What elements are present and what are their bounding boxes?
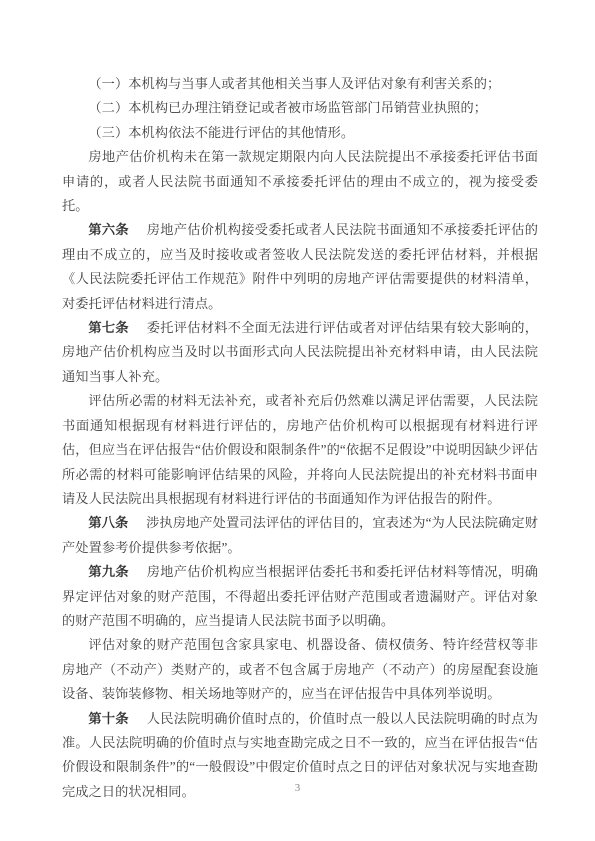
article-number-label: 第六条 xyxy=(88,222,129,237)
page-number: 3 xyxy=(0,782,595,795)
document-page: （一）本机构与当事人或者其他相关当事人及评估对象有利害关系的；（二）本机构已办理… xyxy=(0,0,595,841)
article-paragraph: 第七条委托评估材料不全面无法进行评估或者对评估结果有较大影响的，房地产估价机构应… xyxy=(62,316,538,389)
article-paragraph: 第八条涉执房地产处置司法评估的评估目的，宜表述为“为人民法院确定财产处置参考价提… xyxy=(62,511,538,560)
document-body: （一）本机构与当事人或者其他相关当事人及评估对象有利害关系的；（二）本机构已办理… xyxy=(62,72,538,804)
paragraph: （一）本机构与当事人或者其他相关当事人及评估对象有利害关系的； xyxy=(62,72,538,96)
article-number-label: 第九条 xyxy=(88,564,129,579)
paragraph: （二）本机构已办理注销登记或者被市场监管部门吊销营业执照的； xyxy=(62,96,538,120)
paragraph: 评估对象的财产范围包含家具家电、机器设备、债权债务、特许经营权等非房地产（不动产… xyxy=(62,633,538,706)
article-number-label: 第七条 xyxy=(88,320,129,335)
article-paragraph: 第六条房地产估价机构接受委托或者人民法院书面通知不承接委托评估的理由不成立的，应… xyxy=(62,218,538,316)
article-paragraph: 第九条房地产估价机构应当根据评估委托书和委托评估材料等情况，明确界定评估对象的财… xyxy=(62,560,538,633)
paragraph: 房地产估价机构未在第一款规定期限内向人民法院提出不承接委托评估书面申请的，或者人… xyxy=(62,145,538,218)
paragraph: （三）本机构依法不能进行评估的其他情形。 xyxy=(62,121,538,145)
article-number-label: 第八条 xyxy=(88,515,128,530)
paragraph: 评估所必需的材料无法补充，或者补充后仍然难以满足评估需要，人民法院书面通知根据现… xyxy=(62,389,538,511)
article-number-label: 第十条 xyxy=(88,711,129,726)
